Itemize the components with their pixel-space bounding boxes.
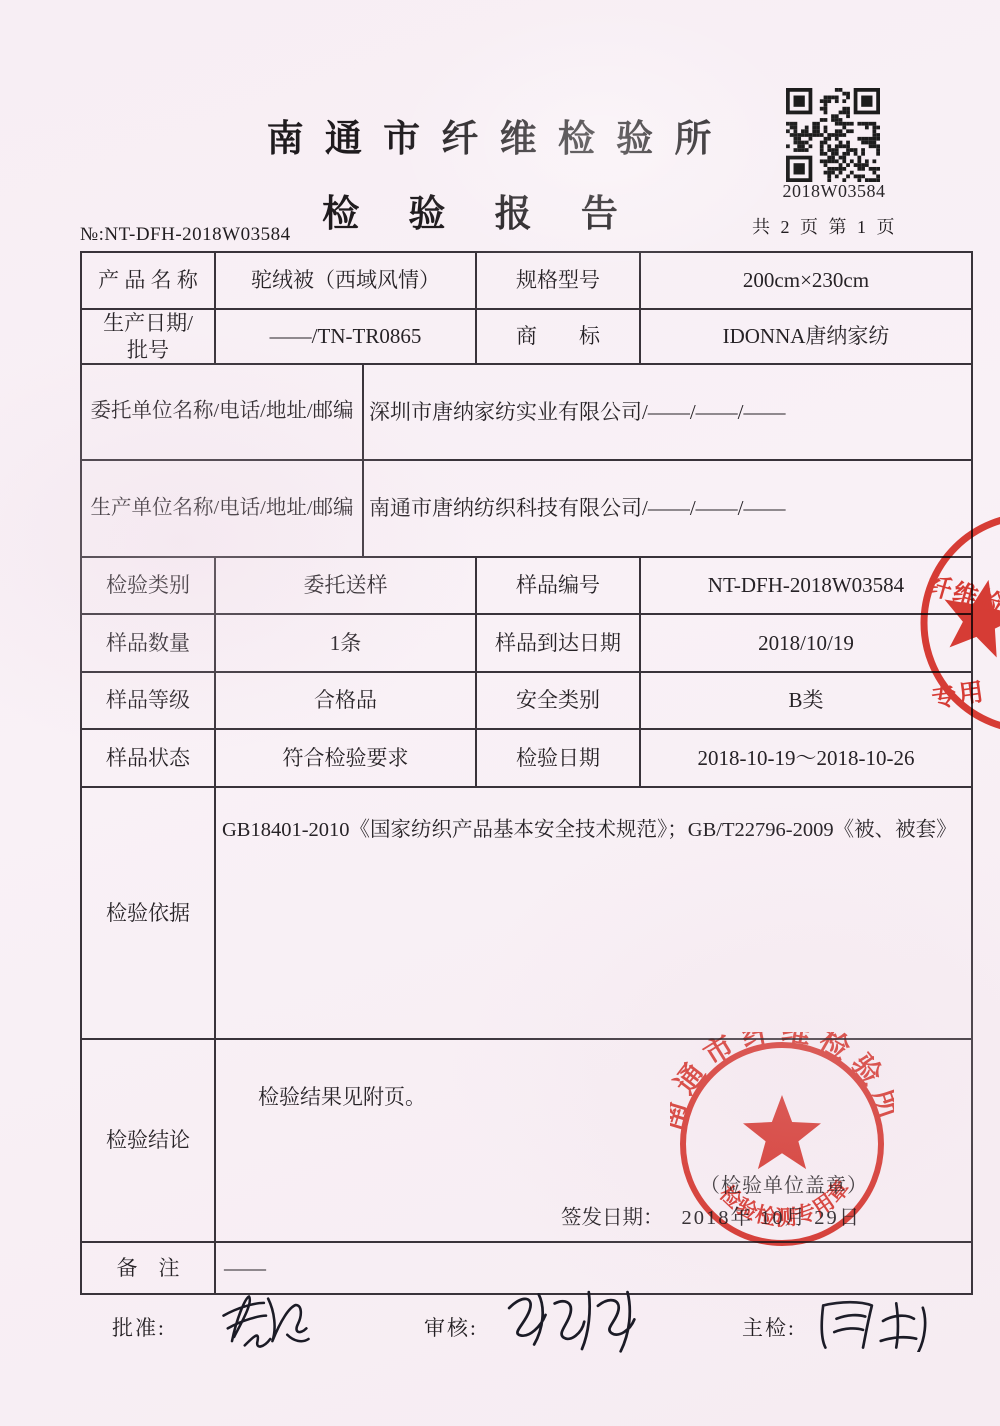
stamp-bottom-text: 检验检测专用章 xyxy=(715,1175,855,1230)
inspection-date-label: 检验日期 xyxy=(475,730,639,786)
side-stamp: 纤维检 专用 xyxy=(903,492,1000,764)
table-row: 样品状态 符合检验要求 检验日期 2018-10-19～2018-10-26 xyxy=(82,728,971,786)
stamp-star-icon xyxy=(743,1095,821,1169)
sample-state-label: 样品状态 xyxy=(82,730,214,786)
safety-class-label: 安全类别 xyxy=(475,673,639,728)
production-date-label: 生产日期/ 批号 xyxy=(82,310,214,363)
approve-label: 批准: xyxy=(112,1312,166,1342)
spec-label: 规格型号 xyxy=(475,253,639,308)
chief-signature xyxy=(812,1290,934,1352)
production-date-label-line2: 批号 xyxy=(127,337,169,363)
client-unit-value: 深圳市唐纳家纺实业有限公司/——/——/—— xyxy=(362,365,971,459)
remark-label: 备 注 xyxy=(82,1243,214,1293)
client-unit-label: 委托单位名称/电话/地址/邮编 xyxy=(82,365,362,459)
svg-text:检验检测专用章: 检验检测专用章 xyxy=(715,1175,855,1230)
sample-qty-value: 1条 xyxy=(214,615,475,671)
production-date-value: ——/TN-TR0865 xyxy=(214,310,475,363)
production-date-label-line1: 生产日期/ xyxy=(103,310,193,336)
inspection-report-page: 南 通 市 纤 维 检 验 所 检 验 报 告 2018W03584 共 2 页… xyxy=(0,0,1000,1426)
producer-unit-label: 生产单位名称/电话/地址/邮编 xyxy=(82,461,362,556)
table-row: 生产日期/ 批号 ——/TN-TR0865 商 标 IDONNA唐纳家纺 xyxy=(82,308,971,363)
sample-qty-label: 样品数量 xyxy=(82,615,214,671)
spec-value: 200cm×230cm xyxy=(639,253,971,308)
report-number: №:NT-DFH-2018W03584 xyxy=(80,224,291,246)
table-row: 生产单位名称/电话/地址/邮编 南通市唐纳纺织科技有限公司/——/——/—— xyxy=(82,459,971,556)
sample-no-label: 样品编号 xyxy=(475,558,639,613)
qr-code xyxy=(786,88,880,182)
product-name-value: 驼绒被（西域风情） xyxy=(214,253,475,308)
inspection-type-label: 检验类别 xyxy=(82,558,214,613)
issue-date-label: 签发日期： xyxy=(561,1206,664,1232)
brand-value: IDONNA唐纳家纺 xyxy=(639,310,971,363)
product-name-label: 产 品 名 称 xyxy=(82,253,214,308)
conclusion-value: 检验结果见附页。 xyxy=(258,1084,426,1110)
inspection-basis-value: GB18401-2010《国家纺织产品基本安全技术规范》；GB/T22796-2… xyxy=(214,788,971,1038)
inspection-type-value: 委托送样 xyxy=(214,558,475,613)
official-stamp: 南通市纤维检验所 检验检测专用章 xyxy=(670,1032,894,1256)
table-row: 产 品 名 称 驼绒被（西域风情） 规格型号 200cm×230cm xyxy=(82,253,971,308)
sample-grade-label: 样品等级 xyxy=(82,673,214,728)
approve-signature xyxy=(210,1288,322,1356)
review-label: 审核: xyxy=(424,1312,478,1342)
table-row: 样品等级 合格品 安全类别 B类 xyxy=(82,671,971,728)
table-row: 样品数量 1条 样品到达日期 2018/10/19 xyxy=(82,613,971,671)
chief-label: 主检: xyxy=(742,1312,796,1342)
table-row: 检验依据 GB18401-2010《国家纺织产品基本安全技术规范》；GB/T22… xyxy=(82,786,971,1038)
conclusion-label: 检验结论 xyxy=(82,1040,214,1241)
qr-caption: 2018W03584 xyxy=(764,181,904,202)
inspection-basis-label: 检验依据 xyxy=(82,788,214,1038)
sample-state-value: 符合检验要求 xyxy=(214,730,475,786)
sample-grade-value: 合格品 xyxy=(214,673,475,728)
table-row: 检验类别 委托送样 样品编号 NT-DFH-2018W03584 xyxy=(82,556,971,613)
producer-unit-value: 南通市唐纳纺织科技有限公司/——/——/—— xyxy=(362,461,971,556)
page-count: 共 2 页 第 1 页 xyxy=(752,213,942,239)
arrival-date-label: 样品到达日期 xyxy=(475,615,639,671)
review-signature xyxy=(498,1283,650,1357)
table-row: 委托单位名称/电话/地址/邮编 深圳市唐纳家纺实业有限公司/——/——/—— xyxy=(82,363,971,459)
brand-label: 商 标 xyxy=(475,310,639,363)
